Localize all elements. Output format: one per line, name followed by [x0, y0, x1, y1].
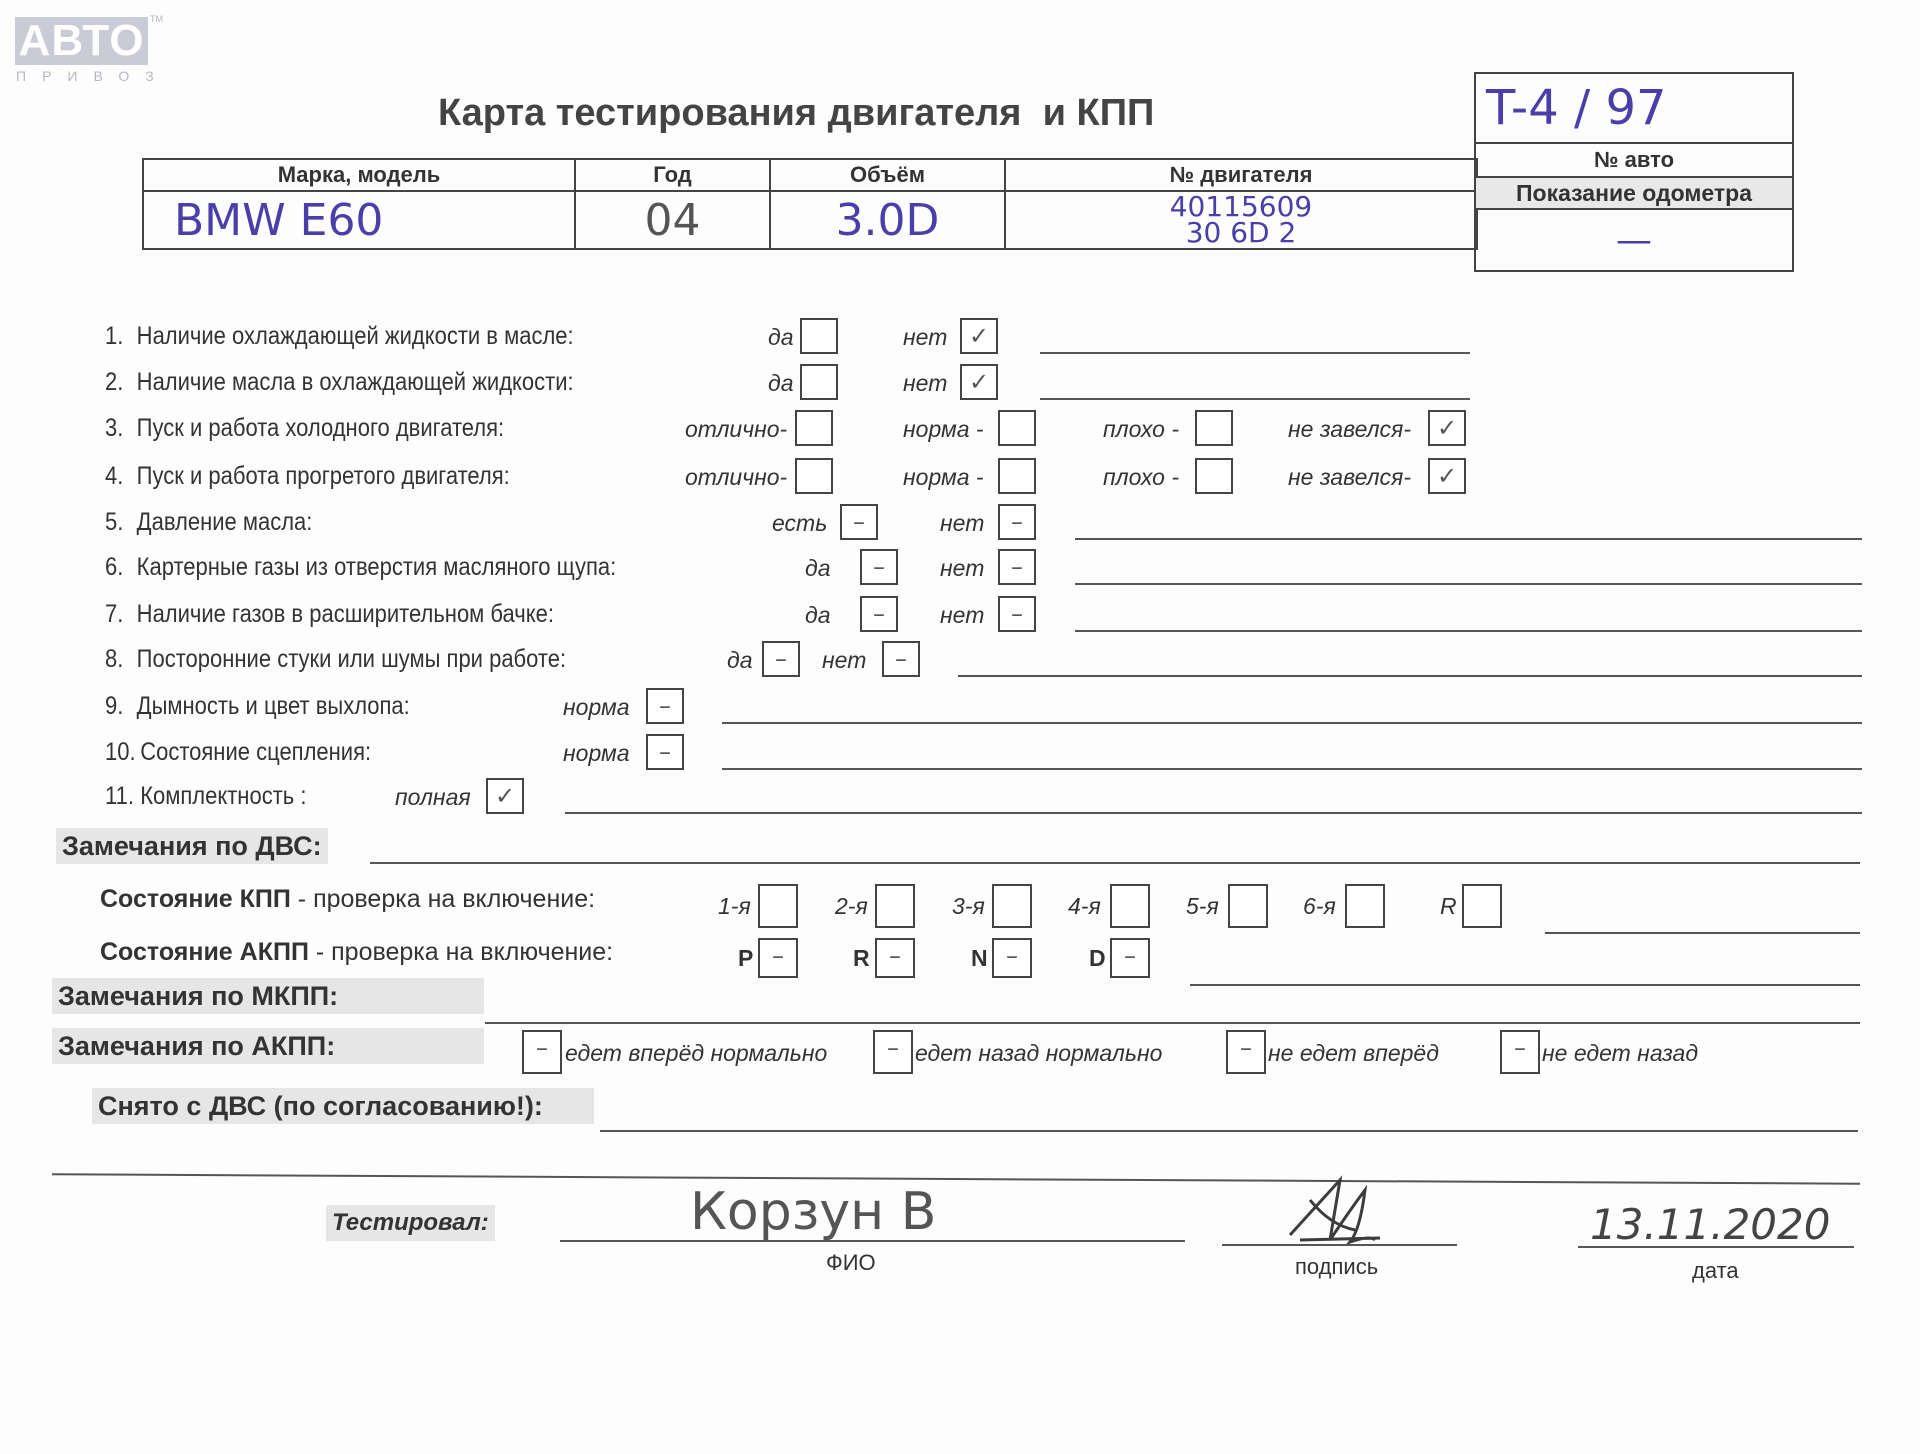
question-text: Пуск и работа холодного двигателя: — [137, 414, 504, 442]
question-2: 2.Наличие масла в охлаждающей жидкости: — [105, 368, 574, 397]
notes-line[interactable] — [565, 812, 1862, 814]
checkbox[interactable] — [1195, 458, 1233, 494]
car-number-value[interactable]: T-4 / 97 — [1476, 74, 1792, 144]
checkbox[interactable]: – — [762, 641, 800, 677]
gear-checkbox[interactable] — [875, 884, 915, 928]
gear-label: 4-я — [1068, 893, 1101, 920]
auto-remark-label: не едет вперёд — [1268, 1040, 1439, 1067]
auto-gearbox-label: Состояние АКПП - проверка на включение: — [100, 938, 613, 967]
option-label: нет — [903, 324, 947, 351]
gear-checkbox[interactable] — [1228, 884, 1268, 928]
question-number: 8. — [105, 645, 137, 674]
question-4: 4.Пуск и работа прогретого двигателя: — [105, 462, 510, 491]
col-year: Год — [575, 159, 770, 191]
engine-number-value[interactable]: 40115609 30 6D 2 — [1005, 191, 1477, 249]
date-value[interactable]: 13.11.2020 — [1590, 1200, 1830, 1249]
option-label: да — [805, 555, 831, 582]
question-number: 5. — [105, 508, 137, 537]
logo-trademark: TM — [150, 14, 163, 24]
auto-remark-checkbox[interactable]: – — [522, 1030, 562, 1074]
checkbox[interactable]: – — [646, 688, 684, 724]
date-caption: дата — [1692, 1258, 1739, 1284]
footer-separator — [52, 1173, 1860, 1184]
auto-gear-label: N — [971, 945, 988, 972]
question-number: 11. — [105, 782, 140, 811]
question-9: 9.Дымность и цвет выхлопа: — [105, 692, 410, 721]
auto-remark-checkbox[interactable]: – — [1500, 1030, 1540, 1074]
checkbox[interactable] — [795, 410, 833, 446]
gear-label: 3-я — [952, 893, 985, 920]
option-label: норма - — [903, 464, 984, 491]
option-label: плохо - — [1103, 464, 1179, 491]
question-number: 3. — [105, 414, 137, 443]
tester-name-value[interactable]: Корзун В — [690, 1182, 936, 1242]
option-label: нет — [940, 510, 984, 537]
gear-label: 5-я — [1186, 893, 1219, 920]
auto-gearbox-label-bold: Состояние АКПП — [100, 938, 309, 966]
option-label: отлично- — [685, 464, 787, 491]
checkbox[interactable]: – — [998, 504, 1036, 540]
question-text: Наличие масла в охлаждающей жидкости: — [137, 368, 574, 396]
checkbox[interactable] — [1195, 410, 1233, 446]
question-number: 7. — [105, 600, 137, 629]
auto-remark-label: едет назад нормально — [915, 1040, 1162, 1067]
checkbox[interactable]: – — [882, 641, 920, 677]
manual-gearbox-label-rest: - проверка на включение: — [291, 885, 595, 913]
option-label: да — [727, 647, 753, 674]
option-label: отлично- — [685, 416, 787, 443]
question-text: Наличие охлаждающей жидкости в масле: — [137, 322, 574, 350]
auto-gear-checkbox[interactable]: – — [992, 938, 1032, 978]
question-6: 6.Картерные газы из отверстия масляного … — [105, 553, 616, 582]
date-line — [1578, 1246, 1854, 1248]
removed-from-engine-label: Снято с ДВС (по согласованию!): — [92, 1088, 594, 1124]
engine-remarks-line[interactable] — [370, 862, 1860, 864]
question-number: 6. — [105, 553, 137, 582]
question-text: Давление масла: — [137, 508, 313, 536]
question-text: Комплектность : — [140, 782, 306, 810]
auto-gearbox-label-rest: - проверка на включение: — [309, 938, 613, 966]
option-label: да — [805, 602, 831, 629]
question-number: 2. — [105, 368, 137, 397]
notes-line[interactable] — [1075, 538, 1862, 540]
auto-gear-checkbox[interactable]: – — [758, 938, 798, 978]
auto-remark-label: едет вперёд нормально — [565, 1040, 827, 1067]
option-label: полная — [395, 784, 471, 811]
question-number: 10. — [105, 738, 140, 767]
question-text: Наличие газов в расширительном бачке: — [137, 600, 554, 628]
engine-number-line-2: 30 6D 2 — [1006, 220, 1476, 246]
question-number: 9. — [105, 692, 137, 721]
gear-checkbox[interactable] — [1110, 884, 1150, 928]
gear-label: 1-я — [718, 893, 751, 920]
tester-name-caption: ФИО — [826, 1250, 876, 1276]
option-label: да — [768, 324, 794, 351]
manual-gearbox-label: Состояние КПП - проверка на включение: — [100, 885, 595, 914]
notes-line[interactable] — [722, 722, 1862, 724]
question-number: 1. — [105, 322, 137, 351]
checkbox[interactable]: ✓ — [1428, 410, 1466, 446]
question-text: Картерные газы из отверстия масляного щу… — [137, 553, 617, 581]
engine-remarks-label: Замечания по ДВС: — [56, 828, 328, 864]
signature[interactable] — [1270, 1170, 1400, 1250]
page-title: Карта тестирования двигателя и КПП — [438, 92, 1154, 135]
option-label: норма — [563, 694, 630, 721]
auto-remark-checkbox[interactable]: – — [1226, 1030, 1266, 1074]
tester-name-line — [560, 1240, 1185, 1242]
question-text: Пуск и работа прогретого двигателя: — [137, 462, 510, 490]
col-engine-number: № двигателя — [1005, 159, 1477, 191]
gear-checkbox[interactable] — [1462, 884, 1502, 928]
gear-label: R — [1440, 893, 1457, 920]
option-label: плохо - — [1103, 416, 1179, 443]
signature-caption: подпись — [1295, 1254, 1378, 1280]
option-label: нет — [822, 647, 866, 674]
signature-line — [1222, 1244, 1457, 1246]
question-5: 5.Давление масла: — [105, 508, 312, 537]
notes-line[interactable] — [1040, 398, 1470, 400]
volume-value[interactable]: 3.0D — [770, 191, 1005, 249]
tested-by-label: Тестировал: — [326, 1205, 495, 1241]
gear-checkbox[interactable] — [1345, 884, 1385, 928]
signature-scribble — [1270, 1170, 1400, 1250]
checkbox[interactable]: – — [860, 596, 898, 632]
question-text: Посторонние стуки или шумы при работе: — [137, 645, 566, 673]
gear-label: 6-я — [1303, 893, 1336, 920]
checkbox[interactable]: ✓ — [960, 318, 998, 354]
year-value[interactable]: 04 — [575, 191, 770, 249]
notes-line[interactable] — [722, 768, 1862, 770]
checkbox[interactable]: – — [998, 596, 1036, 632]
removed-from-engine-line[interactable] — [600, 1130, 1858, 1132]
checkbox[interactable] — [795, 458, 833, 494]
auto-gear-label: P — [738, 945, 753, 972]
option-label: да — [768, 370, 794, 397]
notes-line[interactable] — [1075, 583, 1862, 585]
option-label: не завелся- — [1288, 416, 1411, 443]
question-11: 11.Комплектность : — [105, 782, 306, 811]
col-make-model: Марка, модель — [143, 159, 575, 191]
gear-checkbox[interactable] — [758, 884, 798, 928]
auto-remarks-label: Замечания по АКПП: — [52, 1028, 484, 1064]
auto-remark-label: не едет назад — [1542, 1040, 1698, 1067]
auto-remark-checkbox[interactable]: – — [873, 1030, 913, 1074]
question-number: 4. — [105, 462, 137, 491]
checkbox[interactable]: – — [646, 734, 684, 770]
manual-gearbox-label-bold: Состояние КПП — [100, 885, 291, 913]
checkbox[interactable]: – — [860, 549, 898, 585]
manual-gearbox-notes-line[interactable] — [1545, 932, 1860, 934]
question-8: 8.Посторонние стуки или шумы при работе: — [105, 645, 566, 674]
avtoprivoz-logo: АВТО — [15, 17, 148, 65]
notes-line[interactable] — [958, 675, 1862, 677]
question-1: 1.Наличие охлаждающей жидкости в масле: — [105, 322, 574, 351]
logo-subtitle: ПРИВОЗ — [16, 68, 170, 84]
manual-remarks-line[interactable] — [485, 1022, 1860, 1024]
col-volume: Объём — [770, 159, 1005, 191]
option-label: норма - — [903, 416, 984, 443]
option-label: нет — [940, 555, 984, 582]
checkbox[interactable]: – — [998, 549, 1036, 585]
checkbox[interactable]: ✓ — [1428, 458, 1466, 494]
manual-remarks-label: Замечания по МКПП: — [52, 978, 484, 1014]
option-label: не завелся- — [1288, 464, 1411, 491]
car-id-box: T-4 / 97 № авто Показание одометра — — [1474, 72, 1794, 272]
auto-gear-checkbox[interactable]: – — [875, 938, 915, 978]
auto-gearbox-notes-line[interactable] — [1190, 984, 1860, 986]
odometer-label: Показание одометра — [1476, 178, 1792, 210]
question-7: 7.Наличие газов в расширительном бачке: — [105, 600, 554, 629]
auto-gear-label: R — [853, 945, 870, 972]
option-label: нет — [940, 602, 984, 629]
question-text: Дымность и цвет выхлопа: — [137, 692, 410, 720]
checkbox[interactable]: ✓ — [960, 364, 998, 400]
auto-gear-checkbox[interactable]: – — [1110, 938, 1150, 978]
option-label: нет — [903, 370, 947, 397]
notes-line[interactable] — [1075, 630, 1862, 632]
checkbox[interactable]: – — [840, 504, 878, 540]
auto-gear-label: D — [1089, 945, 1106, 972]
checkbox[interactable] — [800, 318, 838, 354]
car-number-label: № авто — [1476, 144, 1792, 178]
option-label: норма — [563, 740, 630, 767]
odometer-value[interactable]: — — [1476, 210, 1792, 272]
question-text: Состояние сцепления: — [140, 738, 371, 766]
vehicle-info-table: Марка, модель Год Объём № двигателя BMW … — [142, 158, 1478, 250]
gear-label: 2-я — [835, 893, 868, 920]
checkbox[interactable]: ✓ — [486, 778, 524, 814]
make-model-value[interactable]: BMW E60 — [143, 191, 575, 249]
notes-line[interactable] — [1040, 352, 1470, 354]
checkbox[interactable] — [998, 458, 1036, 494]
question-10: 10.Состояние сцепления: — [105, 738, 371, 767]
checkbox[interactable] — [998, 410, 1036, 446]
checkbox[interactable] — [800, 364, 838, 400]
question-3: 3.Пуск и работа холодного двигателя: — [105, 414, 504, 443]
option-label: есть — [772, 510, 827, 537]
gear-checkbox[interactable] — [992, 884, 1032, 928]
